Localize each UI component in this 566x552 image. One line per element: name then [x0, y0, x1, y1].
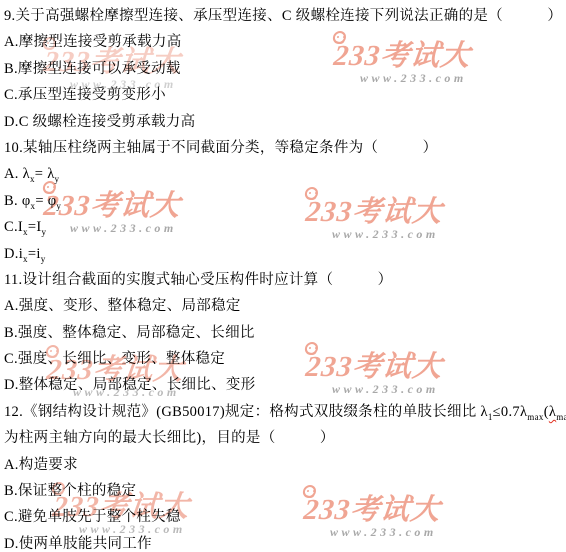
question-9-option-b: B.摩擦型连接可以承受动载	[4, 56, 566, 82]
question-10-title: 10.某轴压柱绕两主轴属于不同截面分类，等稳定条件为（ ）	[4, 135, 566, 161]
formula-symbol: λ	[23, 166, 30, 182]
question-10-option-c: C.Ix=Iy	[4, 214, 566, 240]
question-9-title: 9.关于高强螺栓摩擦型连接、承压型连接、C 级螺栓连接下列说法正确的是（ ）	[4, 3, 566, 29]
option-label: C.	[4, 219, 18, 235]
question-10-option-a: A. λx= λy	[4, 161, 566, 187]
option-label: D.	[4, 246, 19, 262]
question-10-option-d: D.ix=iy	[4, 241, 566, 267]
question-list: 9.关于高强螺栓摩擦型连接、承压型连接、C 级螺栓连接下列说法正确的是（ ） A…	[0, 0, 566, 552]
question-9-option-c: C.承压型连接受剪变形小	[4, 82, 566, 108]
question-11-title: 11.设计组合截面的实腹式轴心受压构件时应计算（ ）	[4, 267, 566, 293]
formula-equals: =	[35, 193, 47, 209]
formula-lambda-max-misspelled: λmax	[549, 404, 566, 420]
question-12-option-d: D.使两单肢能共同工作	[4, 531, 566, 552]
formula-subscript: max	[527, 412, 543, 422]
formula-subscript: y	[41, 227, 46, 237]
formula-symbol: φ	[22, 193, 31, 209]
question-11-option-d: D.整体稳定、局部稳定、长细比、变形	[4, 372, 566, 398]
formula-subscript: y	[41, 253, 46, 263]
question-12-option-b: B.保证整个柱的稳定	[4, 478, 566, 504]
question-11-option-b: B.强度、整体稳定、局部稳定、长细比	[4, 320, 566, 346]
exam-page: 233考试大 www.233.com 233考试大 www.233.com 23…	[0, 0, 566, 552]
formula-subscript: max	[556, 412, 566, 422]
question-12-option-c: C.避免单肢先于整个柱失稳	[4, 504, 566, 530]
question-12-title-line2: 为柱两主轴方向的最大长细比)，目的是（ ）	[4, 425, 566, 451]
question-11-option-a: A.强度、变形、整体稳定、局部稳定	[4, 293, 566, 319]
formula-subscript: y	[55, 174, 60, 184]
question-12-option-a: A.构造要求	[4, 452, 566, 478]
question-11-option-c: C.强度、长细比、变形、整体稳定	[4, 346, 566, 372]
question-10-option-b: B. φx= φy	[4, 188, 566, 214]
question-12-text: 12.《钢结构设计规范》(GB50017)规定：格构式双肢缀条柱的单肢长细比	[4, 404, 481, 420]
question-12-title-line1: 12.《钢结构设计规范》(GB50017)规定：格构式双肢缀条柱的单肢长细比 λ…	[4, 399, 566, 425]
formula-subscript: y	[56, 201, 61, 211]
question-9-option-d: D.C 级螺栓连接受剪承载力高	[4, 109, 566, 135]
question-9-option-a: A.摩擦型连接受剪承载力高	[4, 29, 566, 55]
formula-symbol: λ	[47, 166, 54, 182]
formula-symbol: λ	[481, 404, 488, 420]
formula-relation: ≤0.7	[493, 404, 520, 420]
option-label: A.	[4, 166, 23, 182]
option-label: B.	[4, 193, 22, 209]
formula-equals: =	[35, 166, 47, 182]
